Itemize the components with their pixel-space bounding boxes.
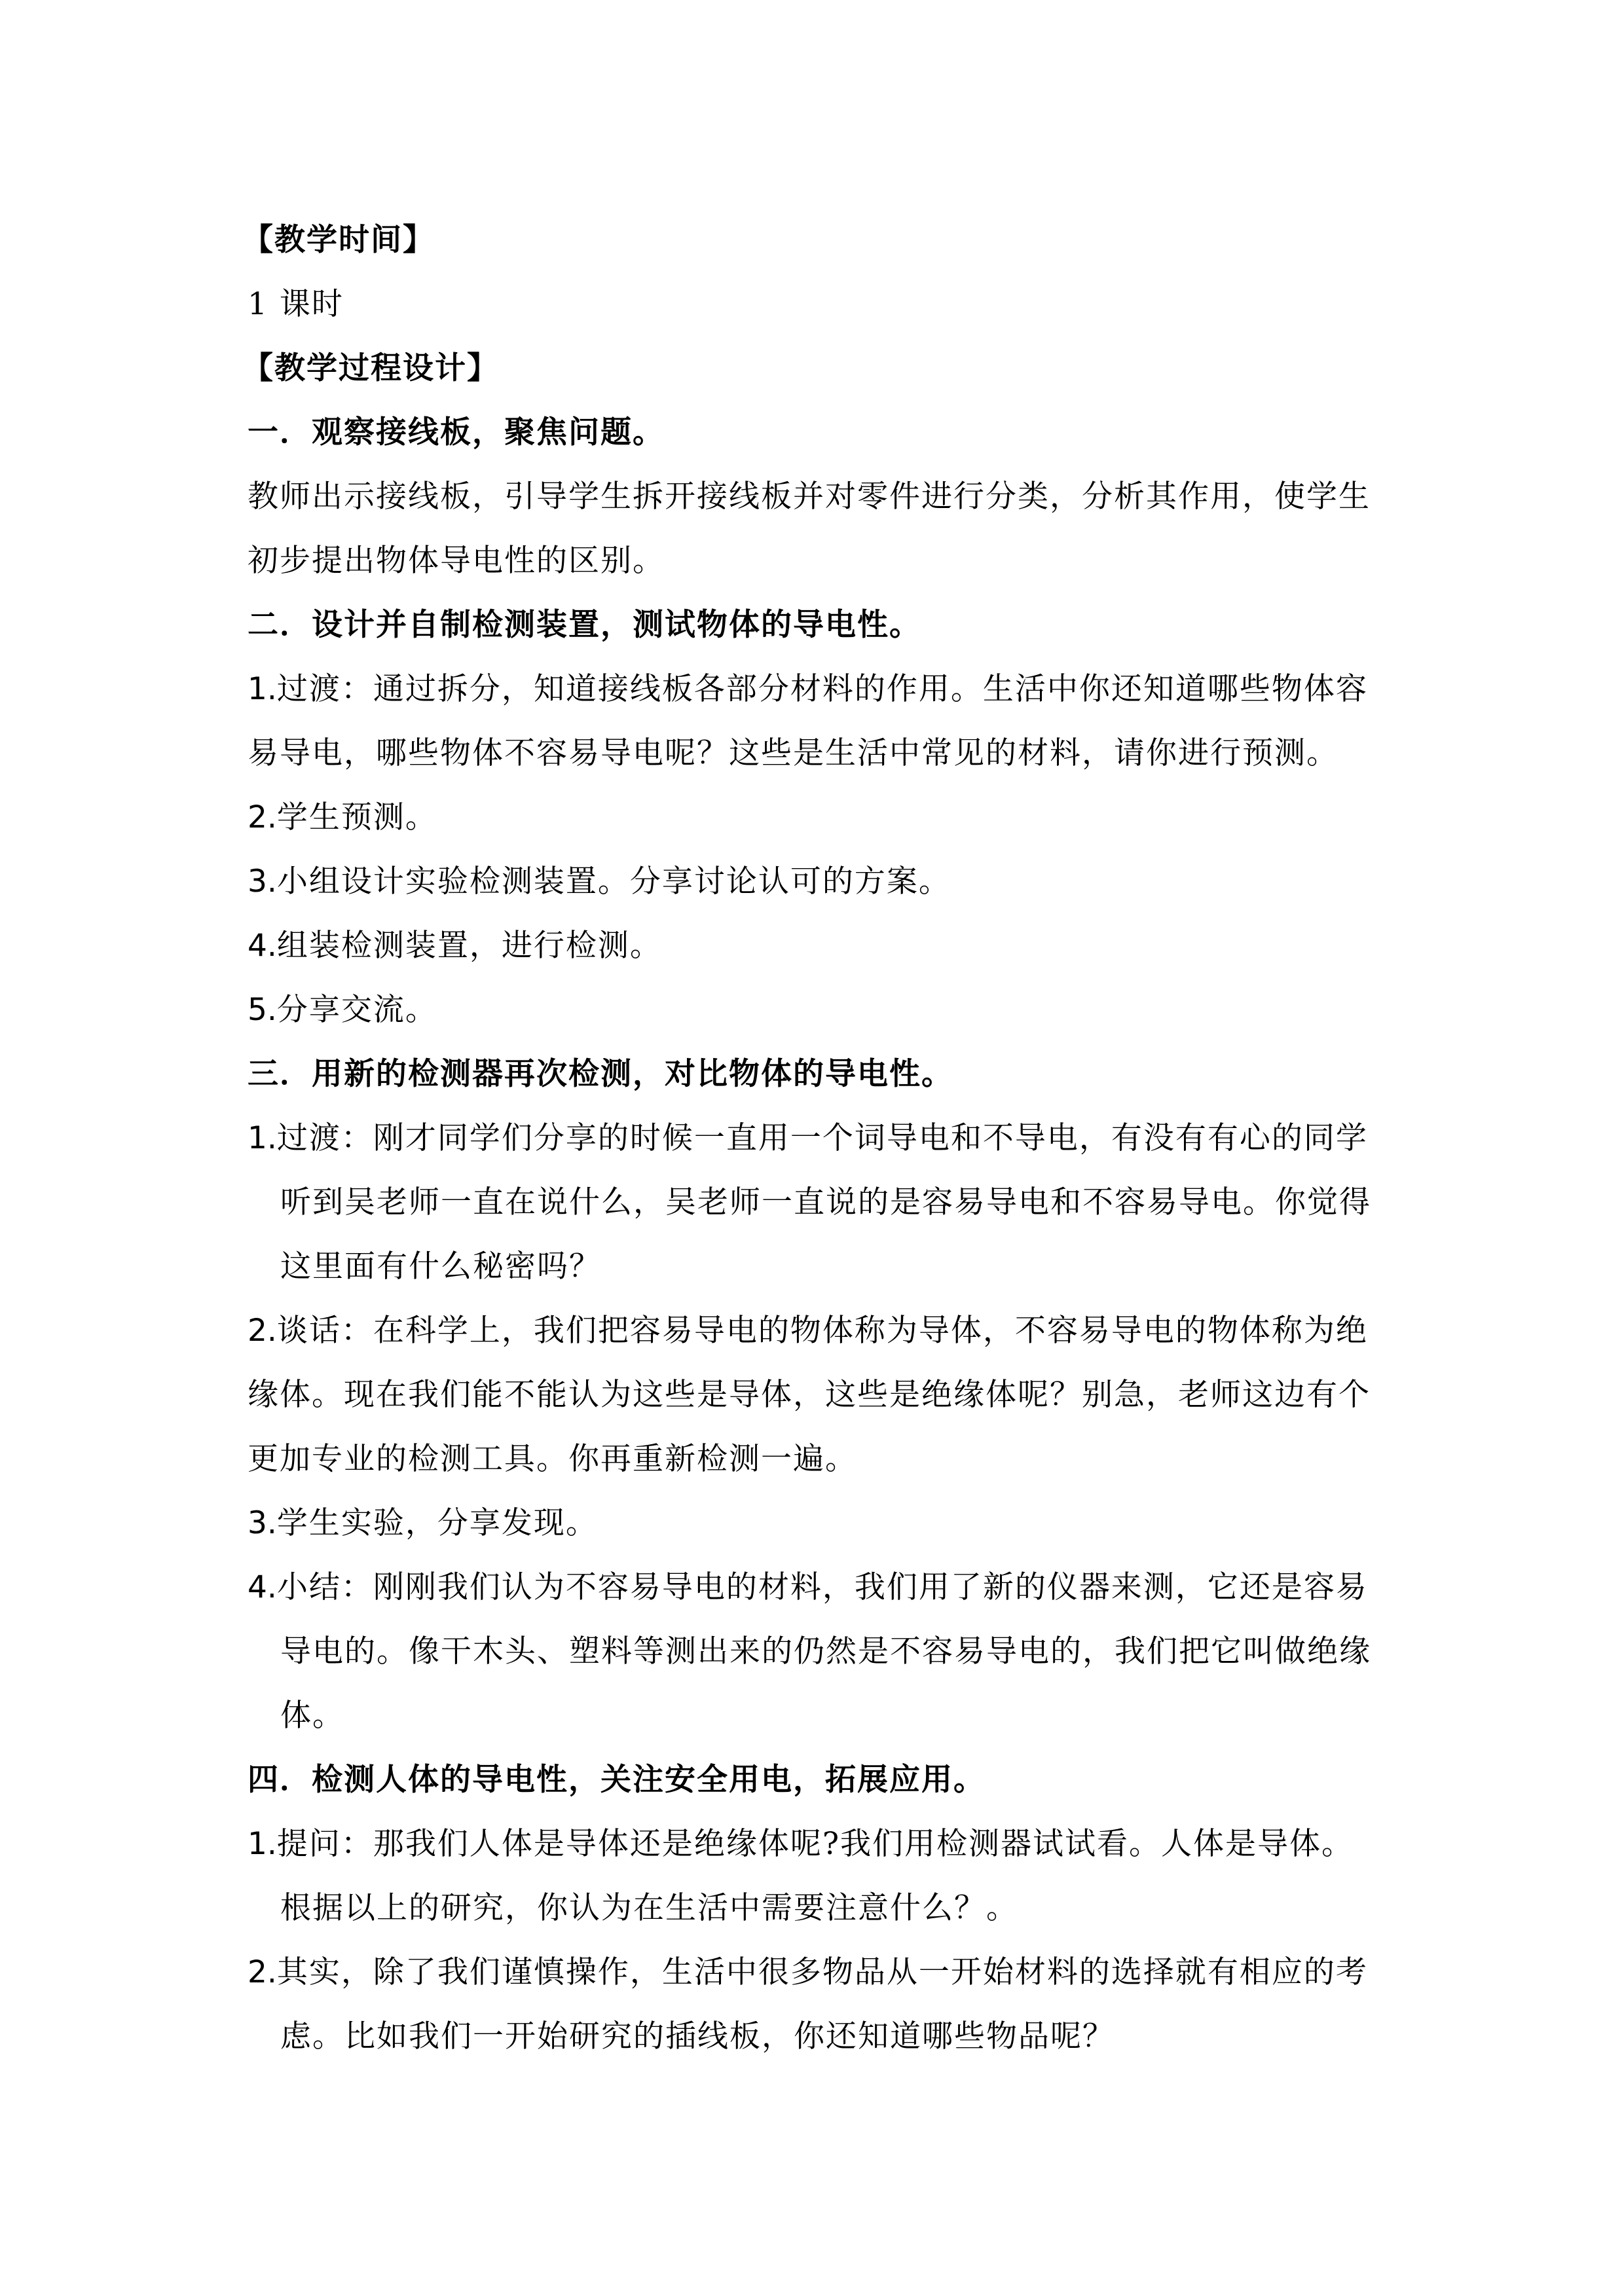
list-text: 组装检测装置，进行检测。 bbox=[277, 928, 662, 964]
list-text: 其实，除了我们谨慎操作，生活中很多物品从一开始材料的选择就有相应的考 bbox=[277, 1954, 1368, 1990]
list-number: 1. bbox=[248, 1826, 277, 1862]
part3-item-3: 3.学生实验，分享发现。 bbox=[248, 1491, 1387, 1556]
list-text: 学生预测。 bbox=[277, 799, 437, 835]
part4-item-2: 2.其实，除了我们谨慎操作，生活中很多物品从一开始材料的选择就有相应的考 虑。比… bbox=[248, 1941, 1387, 2069]
list-number: 2. bbox=[248, 1313, 277, 1349]
list-item-row: 易导电，哪些物体不容易导电呢？这些是生活中常见的材料，请你进行预测。 bbox=[248, 721, 1387, 786]
list-number: 4. bbox=[248, 1569, 277, 1605]
list-item-row: 缘体。现在我们能不能认为这些是导体，这些是绝缘体呢？别急，老师这边有个 bbox=[248, 1363, 1387, 1427]
part4-heading: 四．检测人体的导电性，关注安全用电，拓展应用。 bbox=[248, 1748, 1387, 1812]
list-item-row: 2.其实，除了我们谨慎操作，生活中很多物品从一开始材料的选择就有相应的考 bbox=[248, 1941, 1387, 2005]
part3-item-1: 1.过渡：刚才同学们分享的时候一直用一个词导电和不导电，有没有有心的同学 听到吴… bbox=[248, 1106, 1387, 1299]
list-text: 小组设计实验检测装置。分享讨论认可的方案。 bbox=[277, 864, 951, 900]
paragraph-row: 初步提出物体导电性的区别。 bbox=[248, 529, 1387, 593]
list-item-row: 1.过渡：通过拆分，知道接线板各部分材料的作用。生活中你还知道哪些物体容 bbox=[248, 657, 1387, 721]
list-item-row: 1.提问：那我们人体是导体还是绝缘体呢?我们用检测器试试看。人体是导体。 bbox=[248, 1812, 1387, 1876]
part3-item-4: 4.小结：刚刚我们认为不容易导电的材料，我们用了新的仪器来测，它还是容易 导电的… bbox=[248, 1556, 1387, 1748]
list-text: 小结：刚刚我们认为不容易导电的材料，我们用了新的仪器来测，它还是容易 bbox=[277, 1569, 1368, 1605]
part3-heading: 三．用新的检测器再次检测，对比物体的导电性。 bbox=[248, 1042, 1387, 1106]
list-number: 1. bbox=[248, 671, 277, 707]
list-item-row: 3.学生实验，分享发现。 bbox=[248, 1491, 1387, 1556]
list-item-row: 导电的。像干木头、塑料等测出来的仍然是不容易导电的，我们把它叫做绝缘 bbox=[248, 1620, 1387, 1684]
list-number: 3. bbox=[248, 864, 277, 900]
teaching-time-value: 1 课时 bbox=[248, 272, 1387, 337]
list-text: 过渡：通过拆分，知道接线板各部分材料的作用。生活中你还知道哪些物体容 bbox=[277, 671, 1368, 707]
part4-item-1: 1.提问：那我们人体是导体还是绝缘体呢?我们用检测器试试看。人体是导体。 根据以… bbox=[248, 1812, 1387, 1941]
list-item-row: 3.小组设计实验检测装置。分享讨论认可的方案。 bbox=[248, 850, 1387, 914]
part2-item-3: 3.小组设计实验检测装置。分享讨论认可的方案。 bbox=[248, 850, 1387, 914]
list-number: 5. bbox=[248, 992, 277, 1028]
paragraph-row: 教师出示接线板，引导学生拆开接线板并对零件进行分类，分析其作用，使学生 bbox=[248, 465, 1387, 529]
list-text: 过渡：刚才同学们分享的时候一直用一个词导电和不导电，有没有有心的同学 bbox=[277, 1120, 1368, 1156]
list-number: 4. bbox=[248, 928, 277, 964]
list-item-row: 这里面有什么秘密吗？ bbox=[248, 1235, 1387, 1299]
part2-item-4: 4.组装检测装置，进行检测。 bbox=[248, 914, 1387, 978]
part2-item-1: 1.过渡：通过拆分，知道接线板各部分材料的作用。生活中你还知道哪些物体容 易导电… bbox=[248, 657, 1387, 786]
part2-heading: 二．设计并自制检测装置，测试物体的导电性。 bbox=[248, 593, 1387, 657]
list-item-row: 体。 bbox=[248, 1684, 1387, 1748]
list-number: 2. bbox=[248, 799, 277, 835]
list-number: 3. bbox=[248, 1505, 277, 1541]
list-text: 提问：那我们人体是导体还是绝缘体呢?我们用检测器试试看。人体是导体。 bbox=[277, 1826, 1354, 1862]
part3-item-2: 2.谈话：在科学上，我们把容易导电的物体称为导体，不容易导电的物体称为绝 缘体。… bbox=[248, 1299, 1387, 1491]
section-heading-teaching-process: 【教学过程设计】 bbox=[242, 337, 1387, 401]
part1-paragraph: 教师出示接线板，引导学生拆开接线板并对零件进行分类，分析其作用，使学生 初步提出… bbox=[248, 465, 1387, 593]
document-page: 【教学时间】 1 课时 【教学过程设计】 一．观察接线板，聚焦问题。 教师出示接… bbox=[248, 208, 1387, 2069]
list-text: 学生实验，分享发现。 bbox=[277, 1505, 598, 1541]
list-item-row: 虑。比如我们一开始研究的插线板，你还知道哪些物品呢？ bbox=[248, 2005, 1387, 2069]
list-item-row: 2.学生预测。 bbox=[248, 786, 1387, 850]
list-item-row: 听到吴老师一直在说什么，吴老师一直说的是容易导电和不容易导电。你觉得 bbox=[248, 1171, 1387, 1235]
section-heading-teaching-time: 【教学时间】 bbox=[242, 208, 1387, 272]
list-item-row: 5.分享交流。 bbox=[248, 978, 1387, 1042]
list-item-row: 2.谈话：在科学上，我们把容易导电的物体称为导体，不容易导电的物体称为绝 bbox=[248, 1299, 1387, 1363]
list-number: 1. bbox=[248, 1120, 277, 1156]
part2-item-2: 2.学生预测。 bbox=[248, 786, 1387, 850]
list-number: 2. bbox=[248, 1954, 277, 1990]
list-item-row: 更加专业的检测工具。你再重新检测一遍。 bbox=[248, 1427, 1387, 1491]
part2-item-5: 5.分享交流。 bbox=[248, 978, 1387, 1042]
list-item-row: 4.小结：刚刚我们认为不容易导电的材料，我们用了新的仪器来测，它还是容易 bbox=[248, 1556, 1387, 1620]
list-text: 分享交流。 bbox=[277, 992, 437, 1028]
list-item-row: 4.组装检测装置，进行检测。 bbox=[248, 914, 1387, 978]
part1-heading: 一．观察接线板，聚焦问题。 bbox=[248, 401, 1387, 465]
list-item-row: 1.过渡：刚才同学们分享的时候一直用一个词导电和不导电，有没有有心的同学 bbox=[248, 1106, 1387, 1171]
list-text: 谈话：在科学上，我们把容易导电的物体称为导体，不容易导电的物体称为绝 bbox=[277, 1313, 1368, 1349]
list-item-row: 根据以上的研究，你认为在生活中需要注意什么？。 bbox=[248, 1876, 1387, 1941]
